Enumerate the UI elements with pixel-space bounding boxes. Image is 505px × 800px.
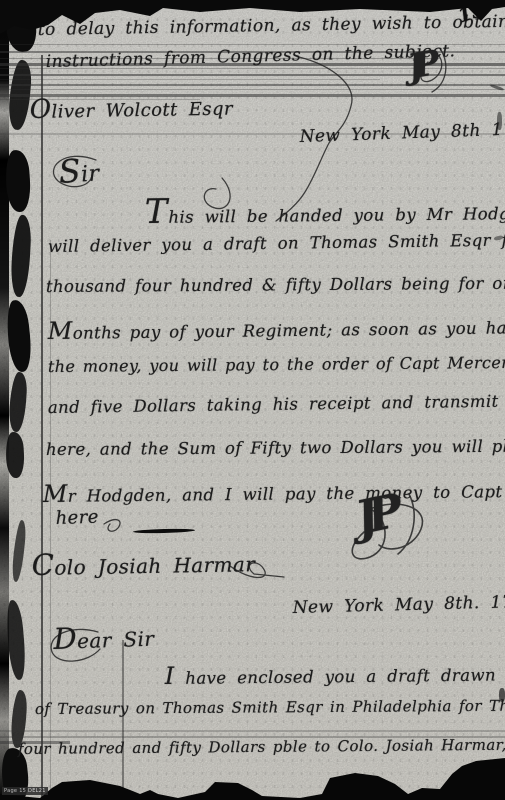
binding-gutter-strip [0,0,9,800]
salutation: Sir [57,150,100,191]
body-line: thousand four hundred & fifty Dollars be… [46,273,505,296]
body-line: the money, you will pay to the order of … [48,352,505,376]
body-line: of Treasury on Thomas Smith Esqr in Phil… [35,696,505,718]
fragment-line: to delay this information, as they wish … [38,10,505,40]
binding-blob [11,520,27,583]
body-line: here [55,507,99,529]
recipient-line: Oliver Wolcott Esqr [29,91,233,125]
corner-stamp: Page 15 DEL21 [2,787,48,795]
crease-line [122,640,124,800]
manuscript-page: to delay this information, as they wish … [0,0,505,800]
body-line: here, and the Sum of Fifty two Dollars y… [46,436,505,459]
pen-flourish [104,520,120,532]
body-line: Mr Hodgden, and I will pay the money to … [43,474,505,508]
dateline: New York May 8th. 1786. [292,592,505,618]
addressee-line: Colo Josiah Harmar [31,544,255,582]
body-line: four hundred and fifty Dollars pble to C… [18,735,505,758]
streak-line [0,79,380,80]
body-line: Months pay of your Regiment; as soon as … [48,310,505,345]
binding-blob [5,432,25,479]
salutation: Dear Sir [53,619,155,656]
body-line: and five Dollars taking his receipt and … [48,390,505,417]
torn-bottom-edge [0,758,505,800]
crease-line [41,55,43,800]
body-line: This will be handed you by Mr Hodgdin wh… [145,187,505,231]
streak-line [0,730,505,732]
binding-blob [8,372,28,433]
binding-blob [10,215,32,298]
dateline: New York May 8th 1786. [299,119,505,147]
streak-line [0,89,505,90]
body-line: will deliver you a draft on Thomas Smith… [48,229,505,256]
pen-dash [133,528,195,534]
body-line: I have enclosed you a draft drawn by the… [165,657,505,690]
